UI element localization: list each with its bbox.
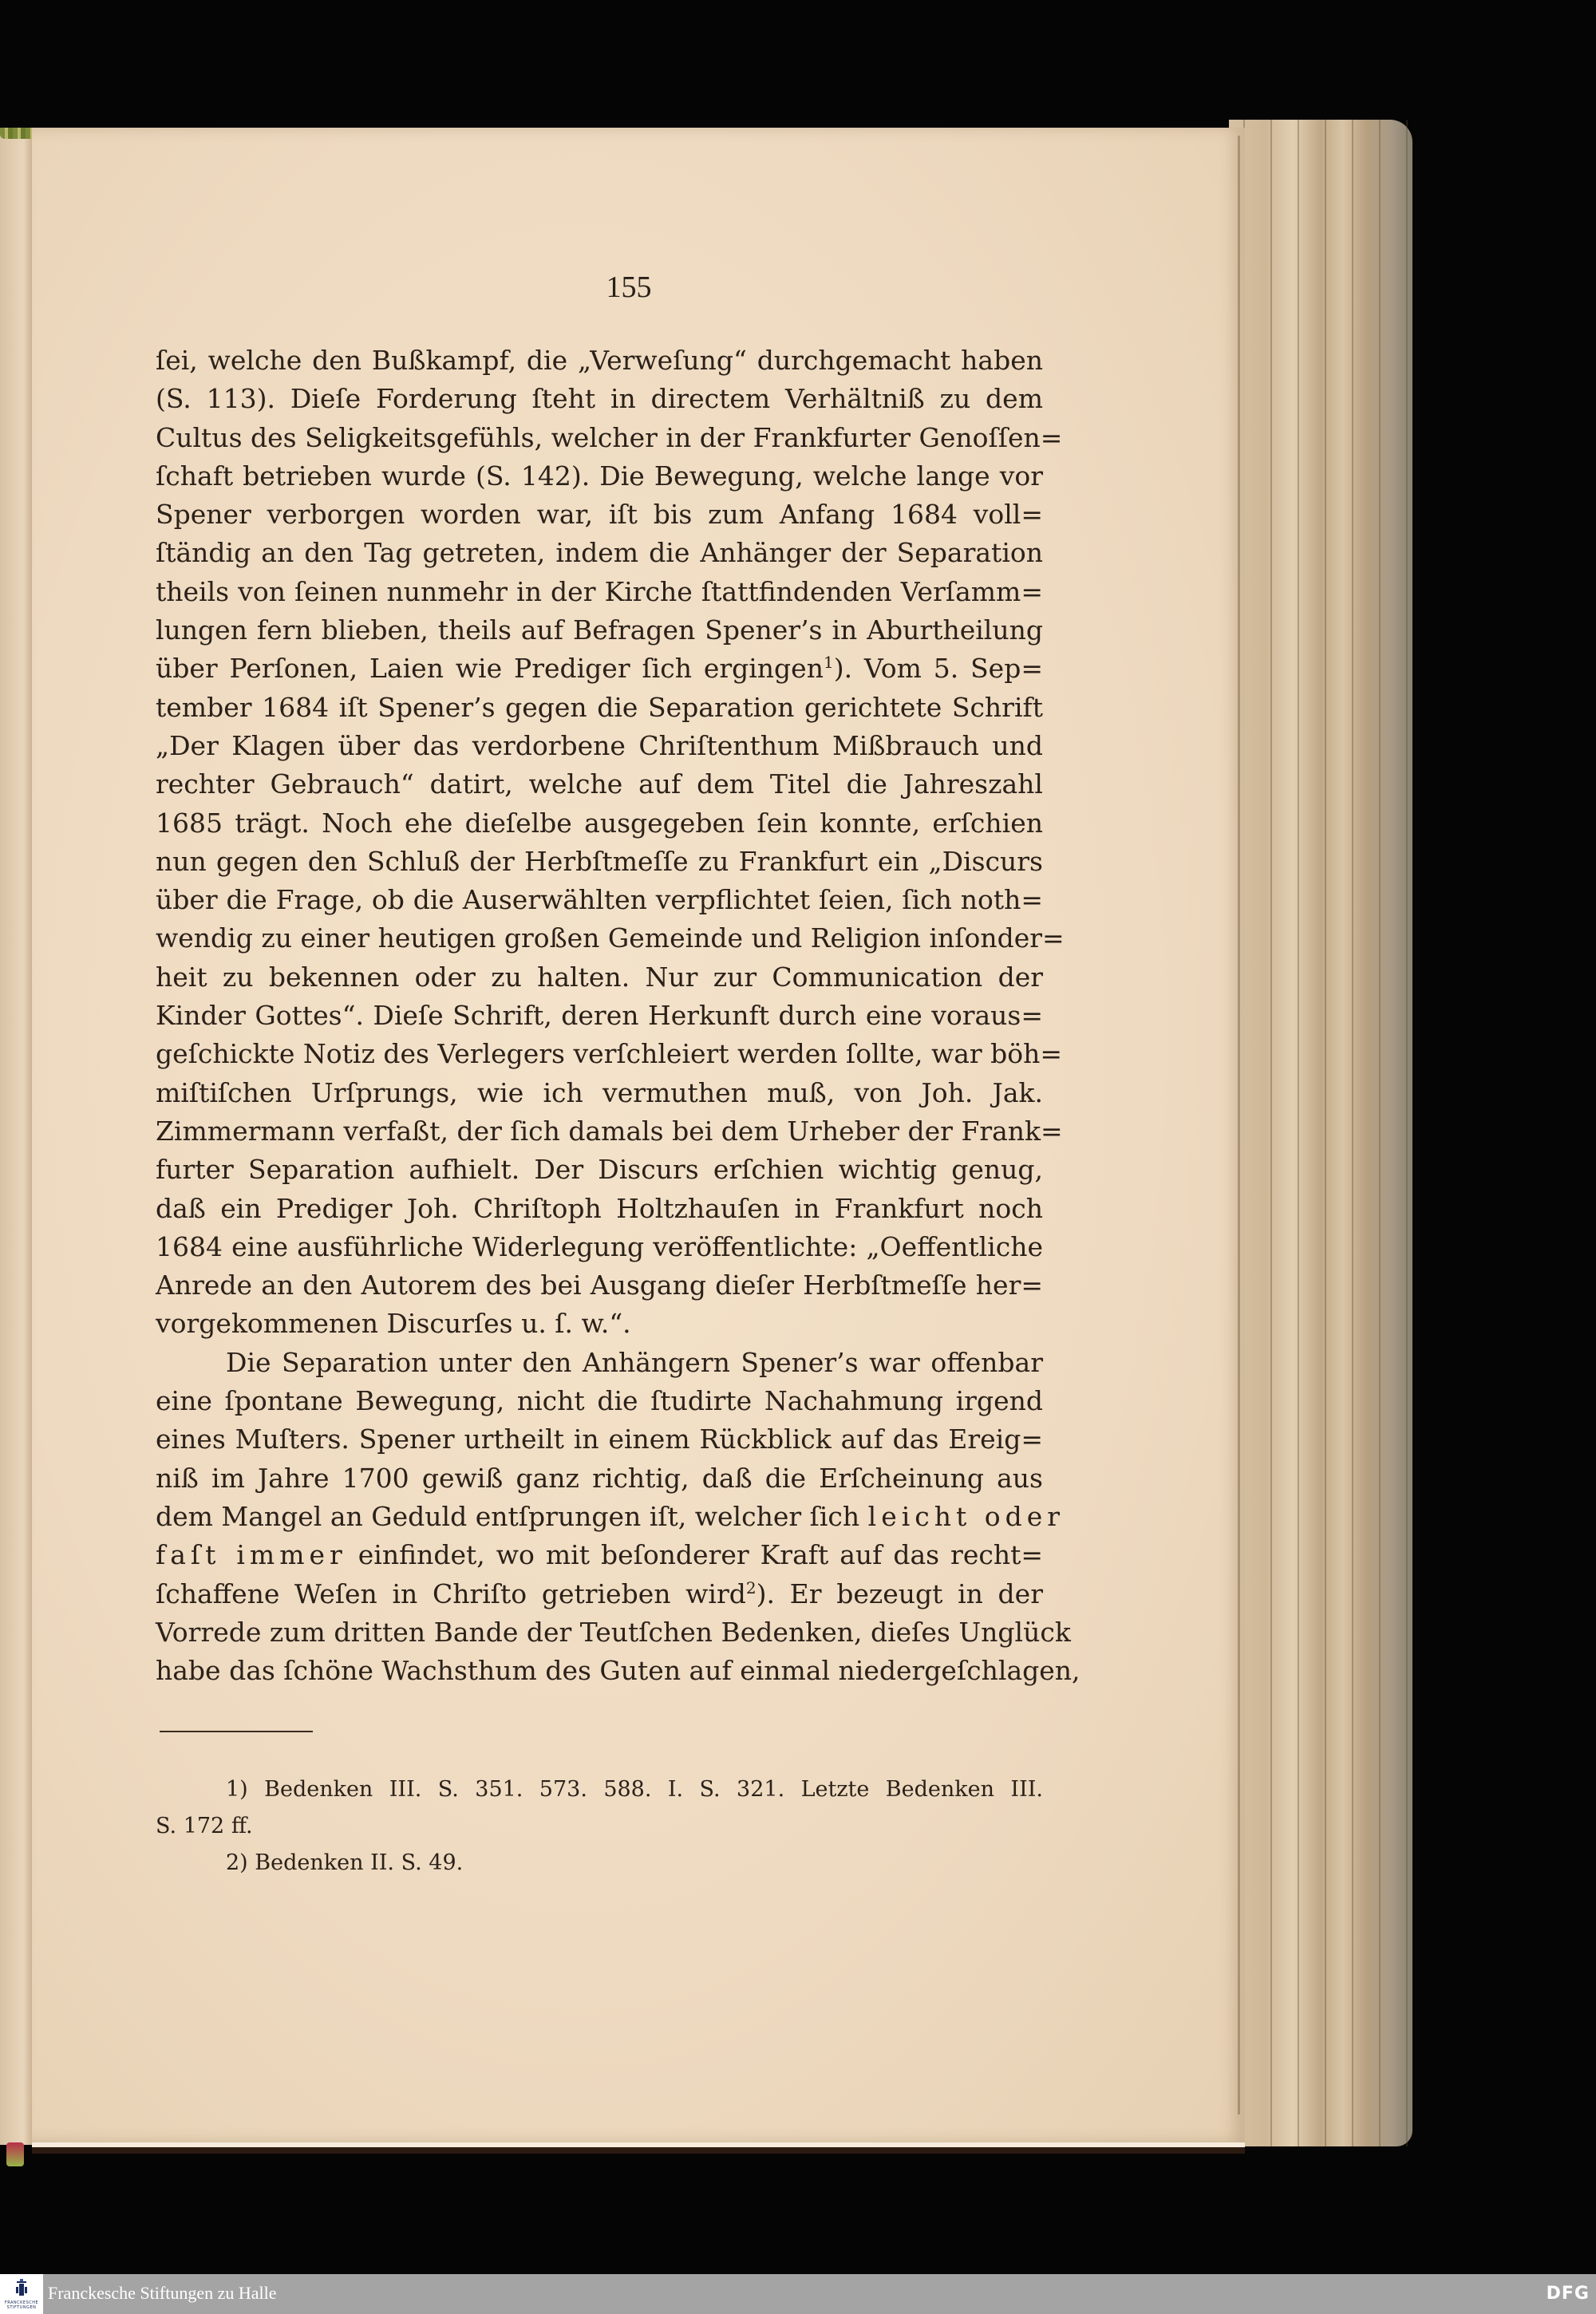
text-line: ſtändig an den Tag getreten, indem die A… (156, 534, 1043, 572)
text-segment: ). Er bezeugt in der (757, 1578, 1043, 1609)
text-line: niß im Jahre 1700 gewiß ganz richtig, da… (156, 1459, 1043, 1498)
text-line: 1684 eine ausführliche Widerlegung veröf… (156, 1228, 1043, 1266)
left-page-edge (0, 134, 35, 2145)
text-line: ſei, welche den Bußkampf, die „Verweſung… (156, 342, 1043, 380)
book-scan: 155 ſei, welche den Bußkampf, die „Verwe… (0, 0, 1596, 2274)
text-line: theils von ſeinen nunmehr in der Kirche … (156, 573, 1043, 611)
text-segment: ). Vom 5. Sep= (834, 653, 1043, 684)
text-line: Kinder Gottes“. Dieſe Schrift, deren Her… (156, 997, 1043, 1035)
text-line: 1685 trägt. Noch ehe dieſelbe ausgegeben… (156, 804, 1043, 843)
credit-bar: FRANCKESCHE STIFTUNGEN Franckesche Stift… (0, 2274, 1596, 2314)
text-line: (S. 113). Dieſe Forderung ſteht in direc… (156, 380, 1043, 418)
text-line: geſchickte Notiz des Verlegers verſchlei… (156, 1035, 1043, 1073)
text-line: über Perſonen, Laien wie Prediger ſich e… (156, 650, 1043, 688)
text-line: ſchaft betrieben wurde (S. 142). Die Bew… (156, 457, 1043, 496)
text-line: tember 1684 iſt Spener’s gegen die Separ… (156, 689, 1043, 727)
text-segment: dem Mangel an Geduld entſprungen iſt, we… (156, 1501, 859, 1532)
footnote-1-continued: S. 172 ff. (156, 1808, 1043, 1845)
franckesche-logo[interactable]: FRANCKESCHE STIFTUNGEN (0, 2274, 43, 2314)
text-line: eine ſpontane Bewegung, nicht die ſtudir… (156, 1382, 1043, 1420)
text-line: Cultus des Seligkeitsgefühls, welcher in… (156, 419, 1043, 457)
text-line: „Der Klagen über das verdorbene Chriſten… (156, 727, 1043, 765)
text-line: Zimmermann verfaßt, der ſich damals bei … (156, 1112, 1043, 1151)
institution-logo-icon (15, 2279, 28, 2296)
institution-name: Franckesche Stiftungen zu Halle (48, 2283, 277, 2304)
footnote-ref-2[interactable]: 2 (746, 1578, 757, 1597)
book-page: 155 ſei, welche den Bußkampf, die „Verwe… (32, 128, 1245, 2147)
text-line: nun gegen den Schluß der Herbſtmeſſe zu … (156, 843, 1043, 881)
page-number: 155 (32, 270, 1226, 305)
text-line: eines Muſters. Spener urtheilt in einem … (156, 1420, 1043, 1459)
text-line: ſchaffene Weſen in Chriſto getrieben wir… (156, 1575, 1043, 1613)
text-line: furter Separation aufhielt. Der Discurs … (156, 1151, 1043, 1189)
text-line: habe das ſchöne Wachsthum des Guten auf … (156, 1652, 1043, 1690)
footnote-divider (160, 1731, 313, 1732)
text-line: faſt immer einfindet, wo mit beſonderer … (156, 1536, 1043, 1574)
main-text: ſei, welche den Bußkampf, die „Verweſung… (156, 342, 1043, 1690)
emphasized-text: leicht oder (868, 1501, 1065, 1532)
text-line: daß ein Prediger Joh. Chriſtoph Holtzhau… (156, 1190, 1043, 1228)
text-line: lungen fern blieben, theils auf Befragen… (156, 611, 1043, 650)
book-fore-edge (1229, 120, 1412, 2146)
logo-caption-line2: STIFTUNGEN (2, 2305, 41, 2310)
text-segment: einfindet, wo mit beſonderer Kraft auf d… (347, 1539, 1043, 1570)
text-line: vorgekommenen Discurſes u. ſ. w.“. (156, 1305, 1043, 1343)
text-line: rechter Gebrauch“ datirt, welche auf dem… (156, 765, 1043, 804)
text-line: Spener verborgen worden war, iſt bis zum… (156, 496, 1043, 534)
text-line: miſtiſchen Urſprungs, wie ich vermuthen … (156, 1074, 1043, 1112)
emphasized-text: faſt immer (156, 1539, 347, 1570)
text-line: über die Frage, ob die Auserwählten verp… (156, 881, 1043, 919)
logo-caption: FRANCKESCHE STIFTUNGEN (2, 2300, 41, 2310)
text-line: wendig zu einer heutigen großen Gemeinde… (156, 919, 1043, 958)
text-segment: ſchaffene Weſen in Chriſto getrieben wir… (156, 1578, 746, 1609)
text-line: Anrede an den Autorem des bei Ausgang di… (156, 1266, 1043, 1305)
footnote-1: 1) Bedenken III. S. 351. 573. 588. I. S.… (156, 1771, 1043, 1808)
text-line: Vorrede zum dritten Bande der Teutſchen … (156, 1613, 1043, 1652)
footnotes: 1) Bedenken III. S. 351. 573. 588. I. S.… (156, 1771, 1043, 1882)
paragraph-start-line: Die Separation unter den Anhängern Spene… (156, 1344, 1043, 1382)
text-segment: über Perſonen, Laien wie Prediger ſich e… (156, 653, 824, 684)
text-line: heit zu bekennen oder zu halten. Nur zur… (156, 958, 1043, 997)
dfg-logo[interactable]: DFG (1547, 2284, 1590, 2304)
footnote-2: 2) Bedenken II. S. 49. (156, 1845, 1043, 1882)
footnote-ref-1[interactable]: 1 (824, 653, 834, 672)
headband-bottom (6, 2142, 24, 2166)
text-line: dem Mangel an Geduld entſprungen iſt, we… (156, 1498, 1043, 1536)
